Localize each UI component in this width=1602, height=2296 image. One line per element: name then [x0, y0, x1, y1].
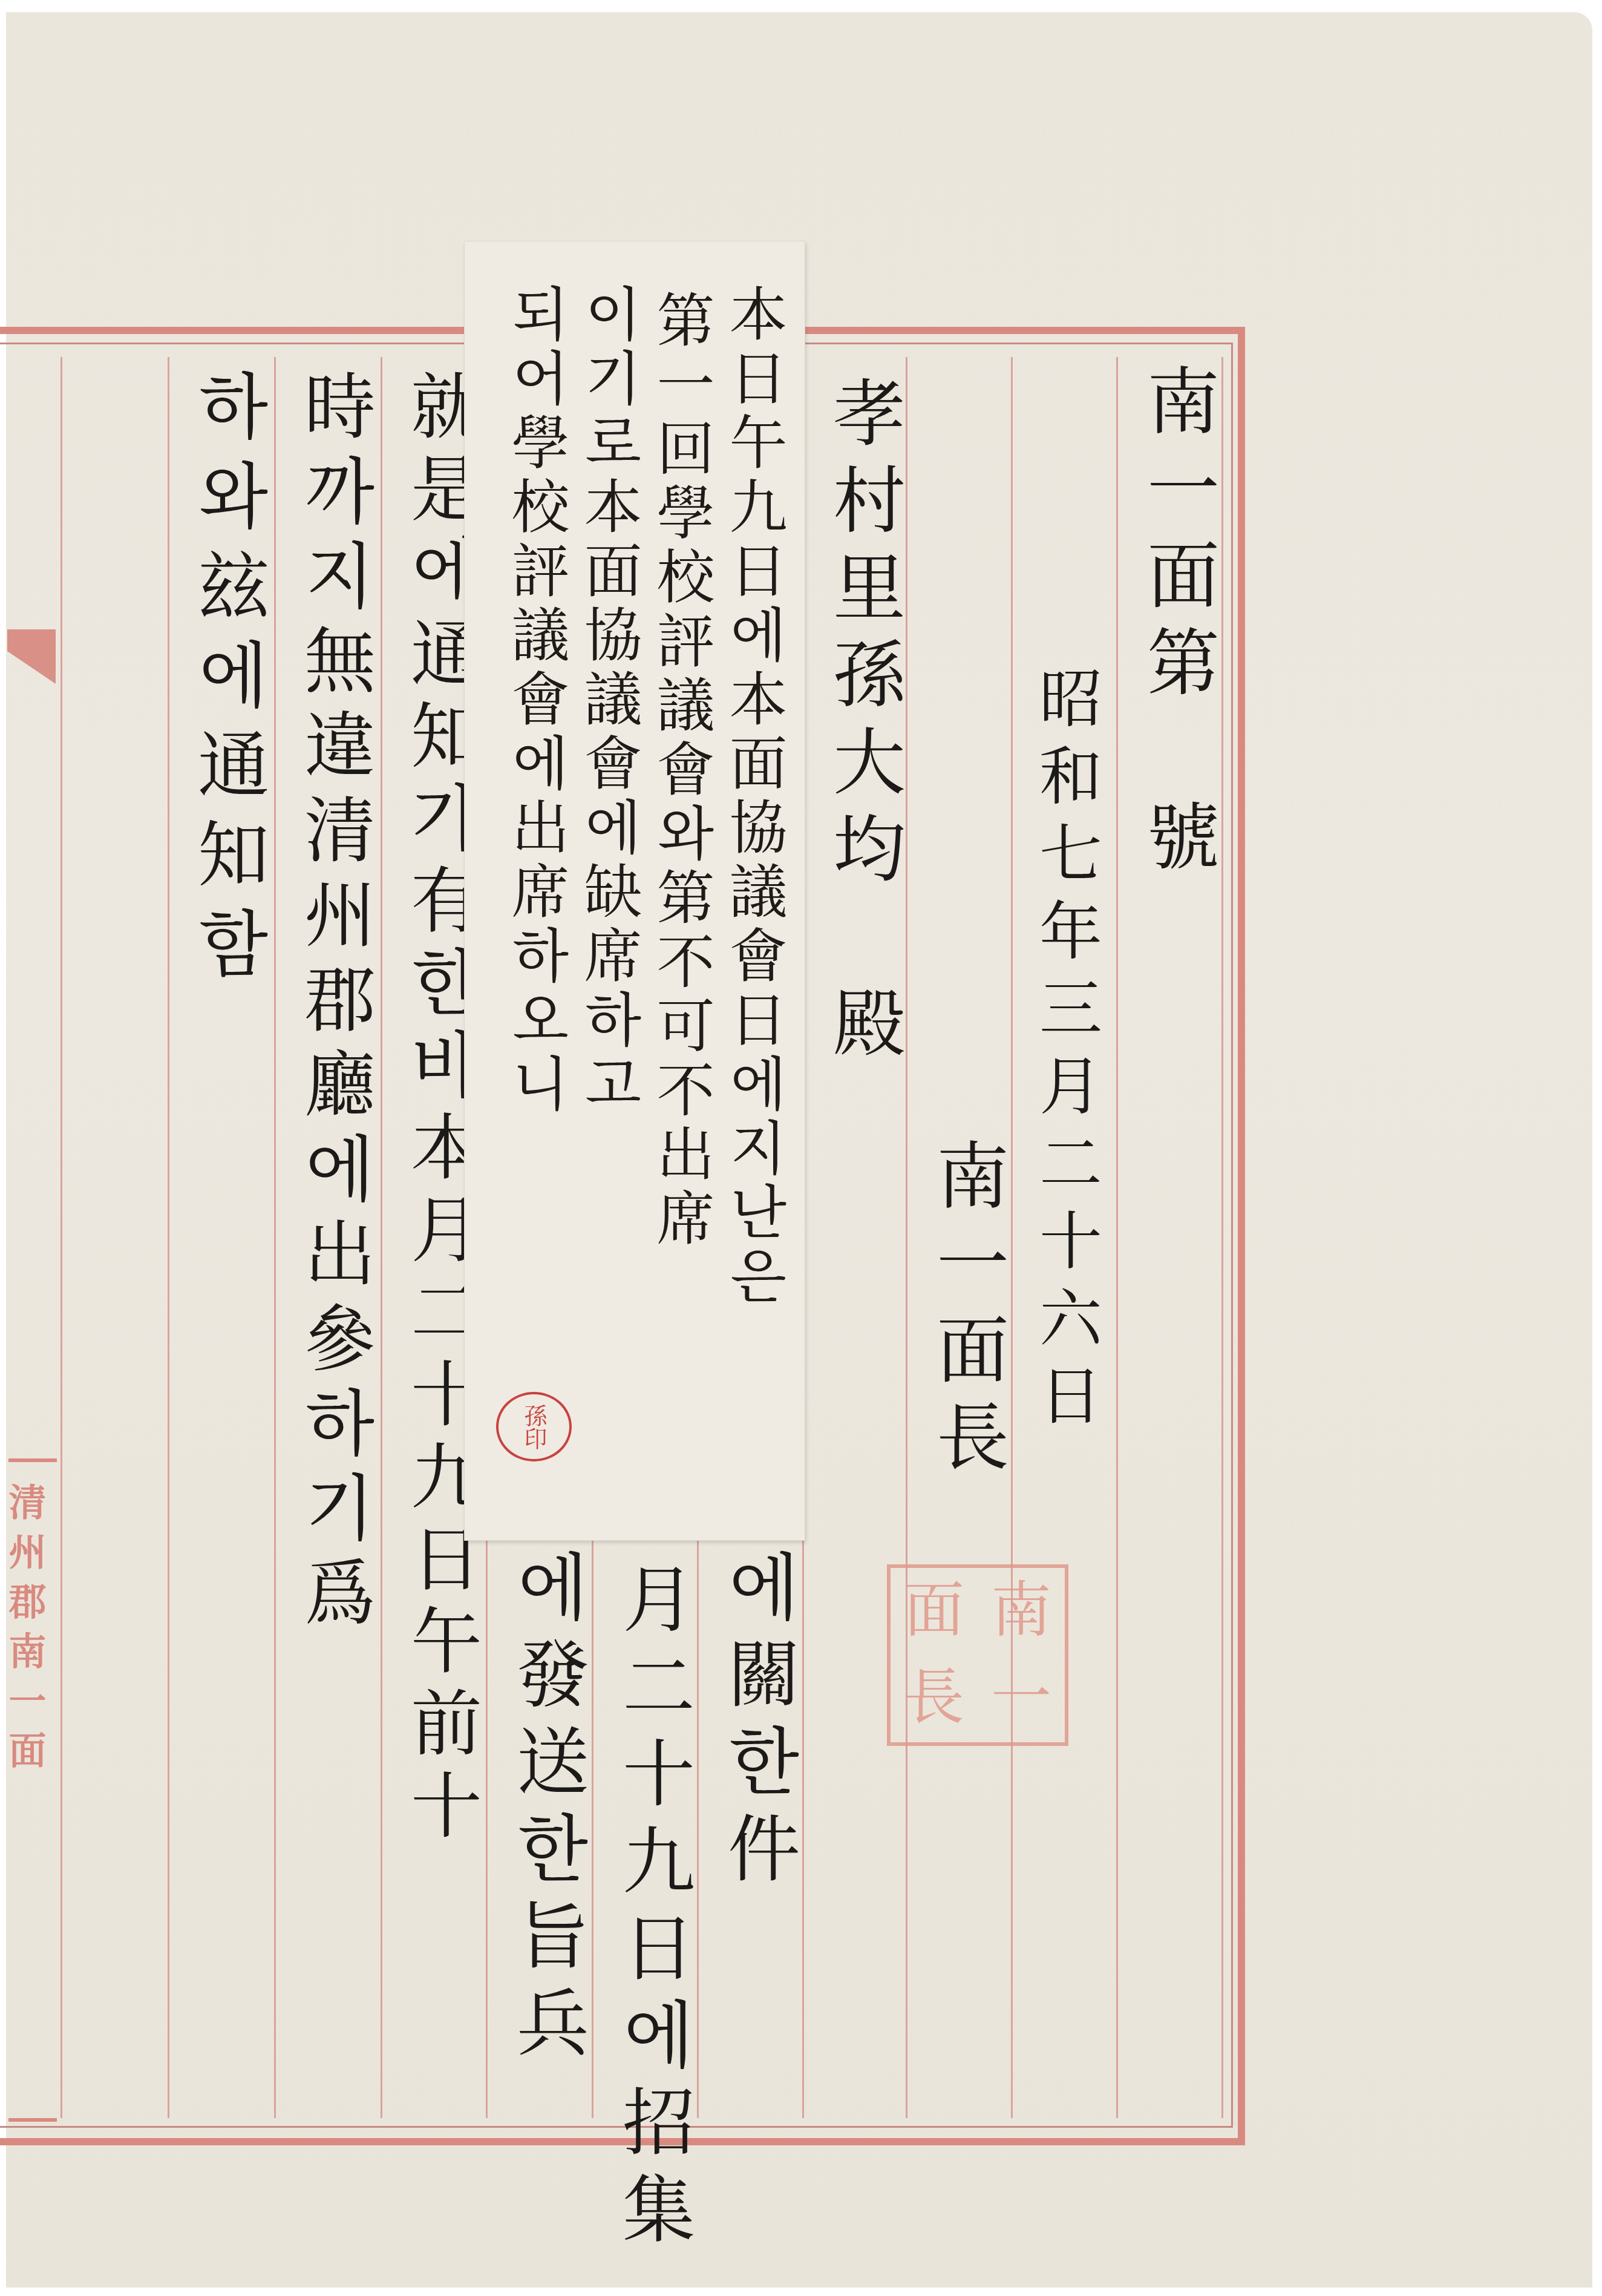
body-line-5: 하와玆에通知함	[177, 369, 278, 996]
margin-bar-top	[8, 1458, 57, 1462]
body-line-4: 時까지無違清州郡廳에出參하기爲	[283, 369, 385, 1640]
body-line-2: 에發送한旨兵	[495, 1549, 598, 2072]
date-line: 昭和七年三月二十六日	[1020, 666, 1111, 1440]
reference-number: 南一面第 號	[1125, 363, 1228, 886]
seal-glyph: 面	[891, 1568, 978, 1655]
subject-line: 에關한件	[706, 1549, 809, 1898]
column-rule	[1116, 357, 1118, 2118]
slip-round-seal: 孫印	[496, 1392, 572, 1461]
seal-glyph: 南	[978, 1568, 1065, 1655]
seal-glyph: 一	[978, 1655, 1065, 1742]
sender-title: 南一面長	[915, 1138, 1018, 1486]
slip-line-2: 第一回學校評議會와第不可不出席	[645, 290, 718, 1252]
body-line-1: 月二十九日에招集	[601, 1561, 704, 2258]
column-rule	[168, 357, 169, 2118]
slip-line-4: 되어學校評議會에出席하오니	[500, 284, 572, 1118]
slip-line-3: 이기로本面協議會에缺席하고	[572, 284, 645, 1118]
margin-bar-bottom	[8, 2118, 57, 2122]
attached-note-slip: 本日午九日에本面協議會日에지난은 第一回學校評議會와第不可不出席 이기로本面協議…	[464, 241, 805, 1541]
recipient-line: 孝村里孫大均 殿	[811, 375, 914, 1072]
sender-seal-stamp: 面 南 長 一	[887, 1564, 1068, 1746]
slip-line-1: 本日午九日에本面協議會日에지난은	[718, 284, 790, 1310]
column-rule	[60, 357, 62, 2118]
seal-glyph: 長	[891, 1655, 978, 1742]
margin-printed-office-name: 清州郡南一面	[11, 1483, 53, 1780]
